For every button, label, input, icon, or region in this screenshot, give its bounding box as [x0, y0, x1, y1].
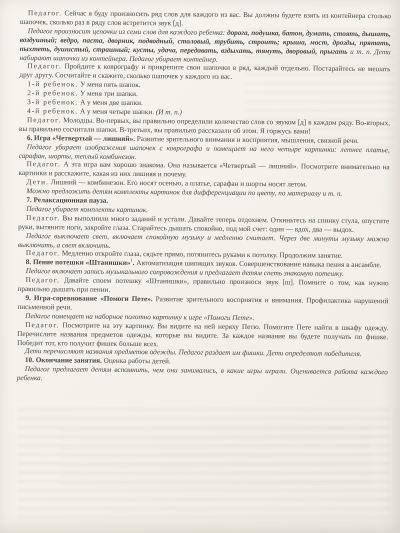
text-segment: Посмотрите на эту картинку. Вы видите на… [17, 321, 388, 348]
text-segment: Оценка работы детей. [102, 357, 171, 366]
speaker-label: Педагог. [28, 9, 62, 17]
text-segment: 10. Окончание занятия. [25, 356, 102, 365]
speaker-label: Педагог. [27, 116, 61, 124]
text-segment: Педагог выключает свет, включает спокойн… [18, 232, 389, 250]
speaker-label: 2-й ребенок. [27, 89, 78, 97]
page-text: Педагог. Сейчас я буду произносить ряд с… [17, 9, 391, 386]
speaker-label: Педагог. [26, 250, 60, 258]
bleedthrough-texture [18, 408, 390, 518]
speaker-label: 1-й ребенок. [27, 80, 78, 88]
stage-direction: Педагог предлагает детям вспомнить, чем … [17, 365, 388, 386]
text-segment: Педагог убирает комплекты картинок. [26, 205, 148, 214]
text-segment: А у меня четыре шапки. [78, 107, 156, 116]
text-segment: Вы выполнили много заданий и устали. Дав… [18, 214, 389, 233]
text-segment: А эта игра вам хорошо знакома. Она назыв… [19, 161, 390, 179]
text-segment: Педагог убирает изображения шапочек с ко… [19, 143, 390, 161]
text-segment: Сейчас я буду произносить ряд слов для к… [20, 9, 391, 27]
text-segment: Молодцы. Во-первых, вы правильно определ… [19, 116, 390, 135]
text-segment: Давайте споем потешку «Штанишки», правил… [18, 277, 389, 294]
speaker-label: 3-й ребенок. [27, 98, 78, 106]
text-segment: 8. Пение потешки «Штанишки» [26, 258, 131, 267]
text-segment: У меня три шапки. [78, 90, 138, 99]
text-segment: 7. Релаксационная пауза. [26, 196, 108, 205]
text-segment: (И т. п.) [156, 108, 182, 116]
text-segment: Пройдите к коврографу и прикрепите свои … [19, 63, 390, 81]
bleedthrough-texture [60, 427, 370, 489]
speaker-label: Педагог. [26, 214, 60, 222]
speaker-label: Педагог. [26, 276, 60, 284]
speaker-label: Дети. [26, 178, 49, 186]
speaker-label: Педагог. [25, 321, 59, 329]
teacher-speech: Педагог. Посмотрите на эту картинку. Вы … [17, 321, 388, 351]
text-segment: 6. Игра «Четвертый — лишний». [27, 134, 135, 143]
text-segment: А у меня две шапки. [78, 99, 143, 108]
text-segment: 9. Игра-соревнование «Помоги Пете». [25, 294, 152, 303]
stage-direction: Педагог произносит цепочки из семи слов … [20, 27, 391, 66]
book-page: Педагог. Сейчас я буду произносить ряд с… [0, 0, 400, 533]
speaker-label: 4-й ребенок. [27, 107, 78, 115]
text-segment: У меня пять шапок. [78, 81, 140, 90]
speaker-label: Педагог. [27, 160, 61, 168]
speaker-label: Педагог. [27, 63, 61, 71]
text-segment: Педагог предлагает детям вспомнить, чем … [17, 365, 388, 382]
